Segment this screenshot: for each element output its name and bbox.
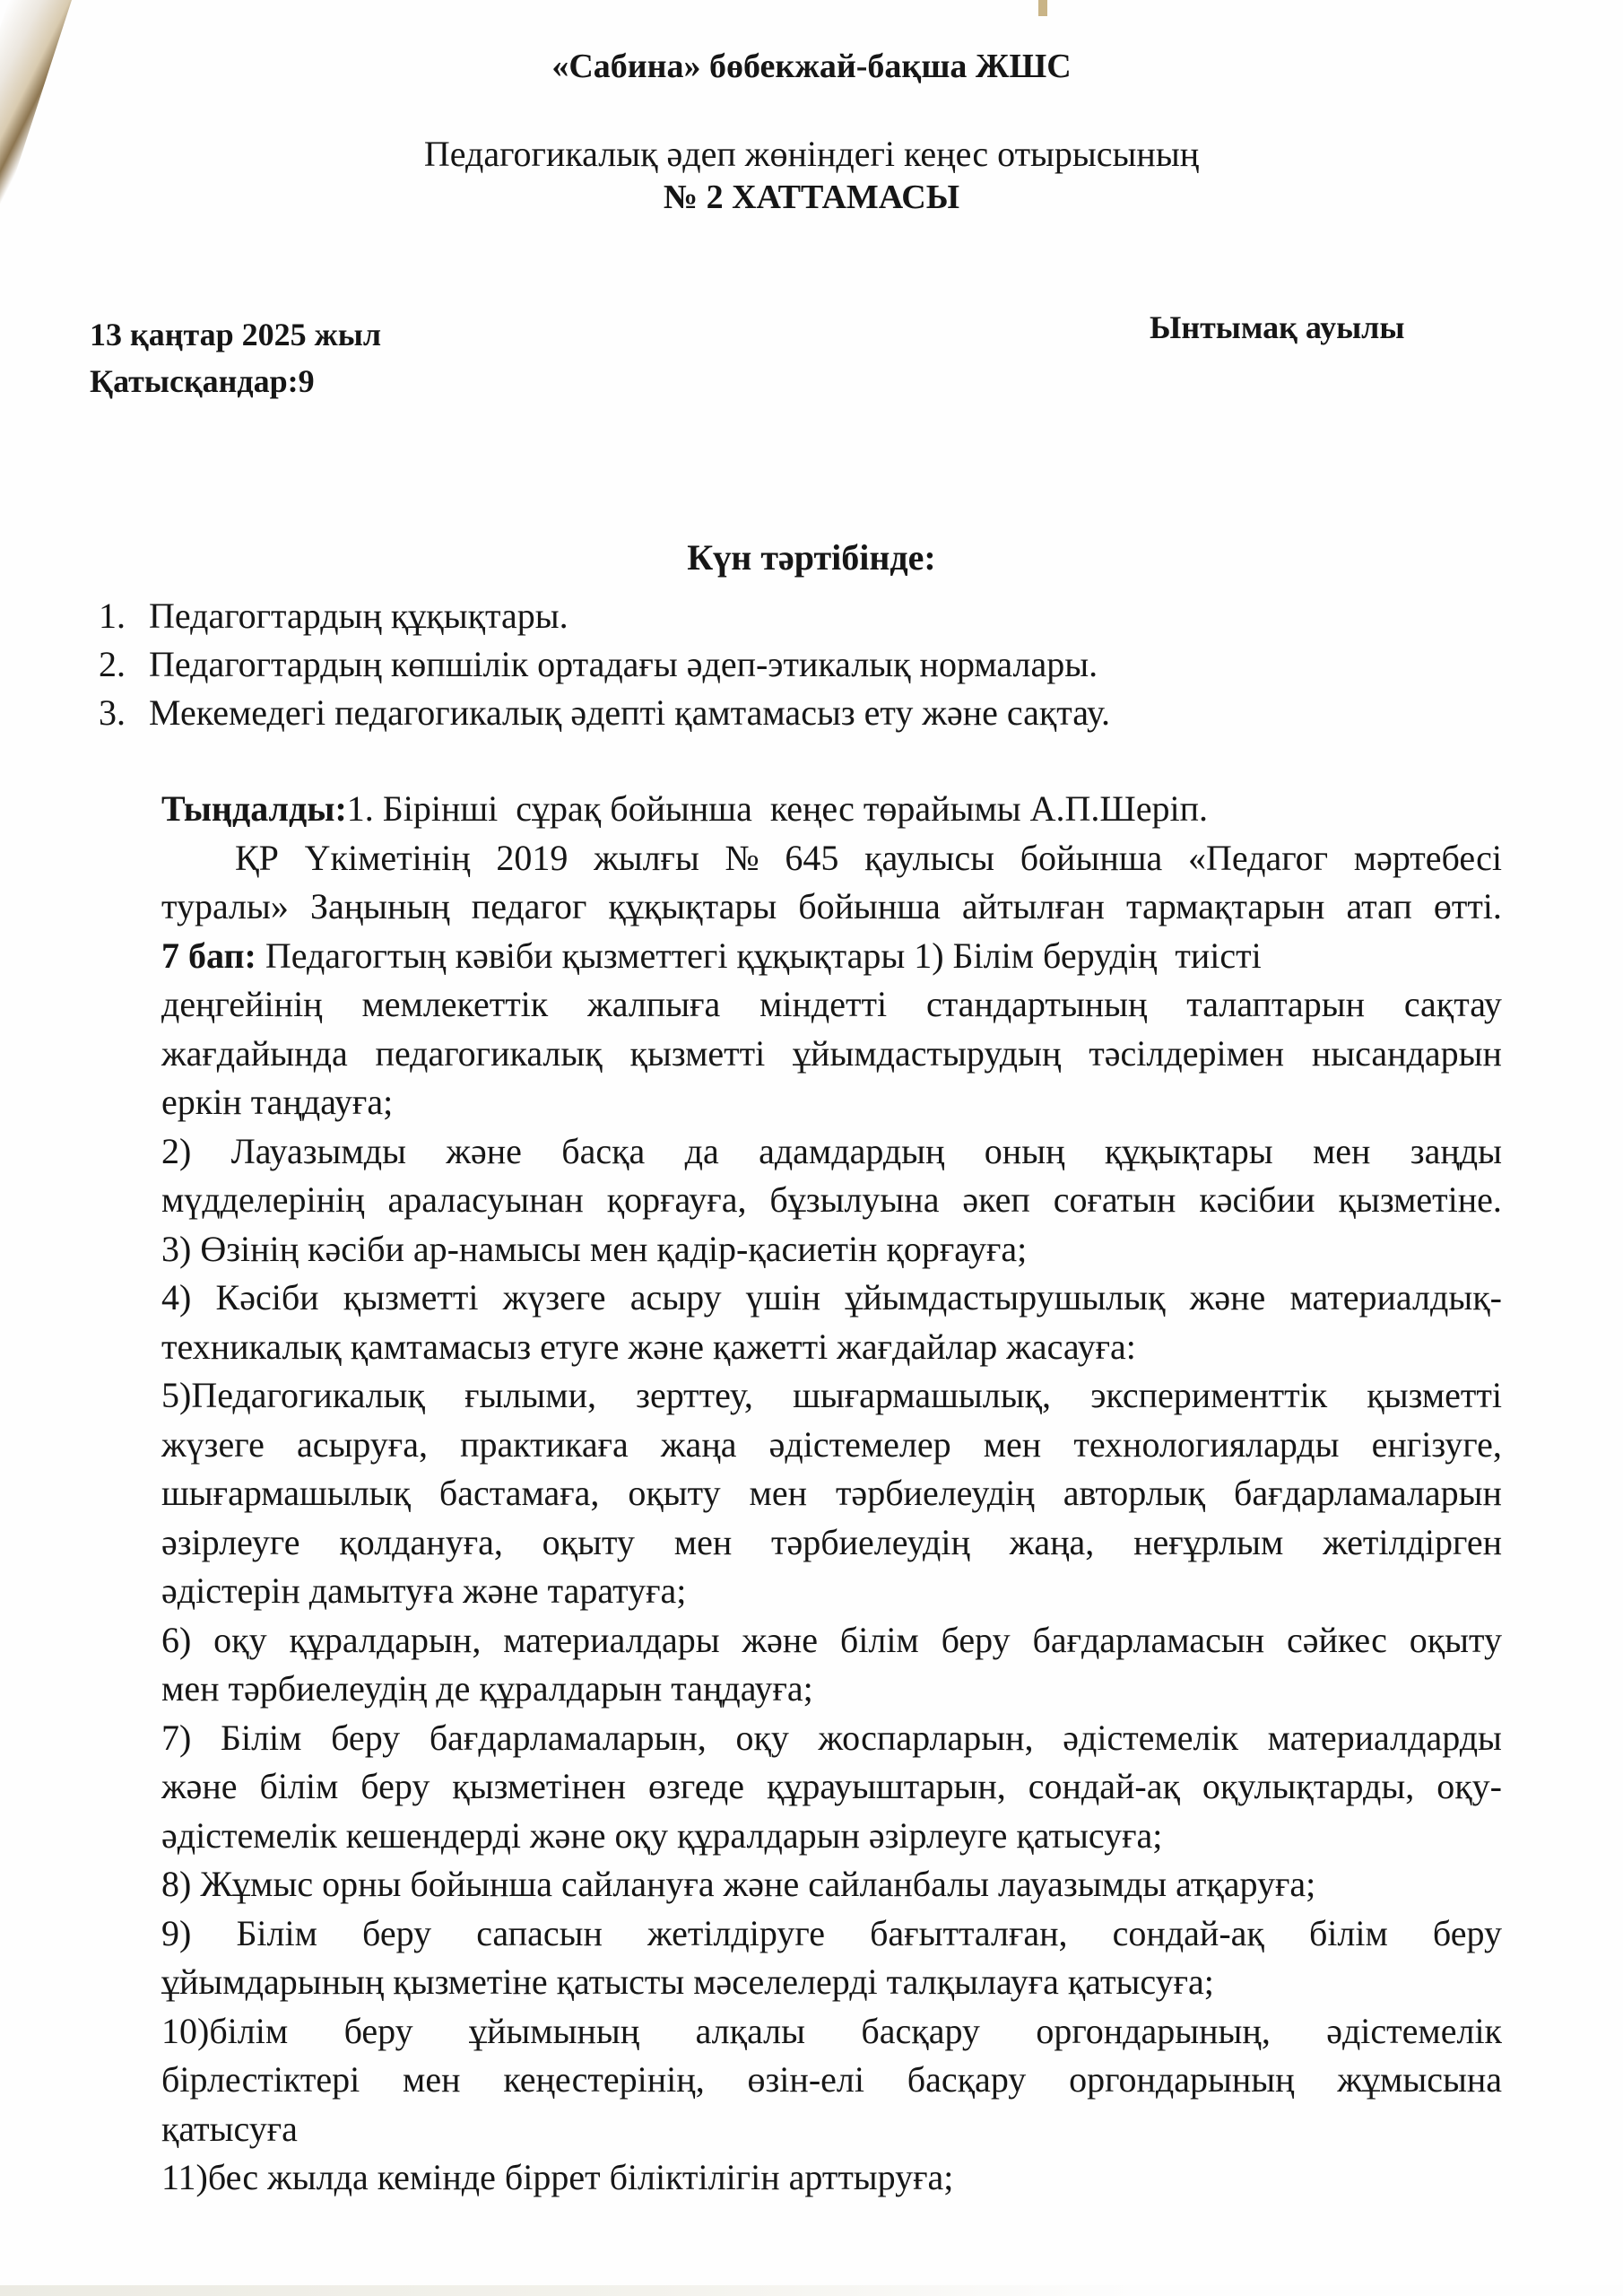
word: туралы» xyxy=(161,883,289,932)
agenda-item-text: Педагогтардың құқықтары. xyxy=(149,596,568,636)
body-line: мен тәрбиелеудің де құралдарын таңдауға; xyxy=(161,1665,1502,1714)
body-line: техникалық қамтамасыз етуге және қажетті… xyxy=(161,1323,1502,1372)
participants-count: Қатысқандар:9 xyxy=(90,362,315,400)
word: сәйкес xyxy=(1287,1616,1387,1665)
word: 2) xyxy=(161,1127,191,1177)
body-line: 11)бес жылда кемінде біррет біліктілігін… xyxy=(161,2153,1502,2203)
organization-name: «Сабина» бөбекжай-бақша ЖШС xyxy=(0,47,1623,86)
word: бастамаға, xyxy=(439,1469,600,1518)
word: құқықтары xyxy=(1105,1127,1273,1177)
word: басқару xyxy=(907,2056,1027,2105)
word: жылғы xyxy=(594,834,699,883)
word: беру xyxy=(362,1909,431,1959)
word: мен xyxy=(984,1421,1041,1470)
word: атап xyxy=(1346,883,1411,932)
body-line: 10)білімберуұйымыныңалқалыбасқаруоргонда… xyxy=(161,2007,1502,2057)
word: бойынша xyxy=(798,883,941,932)
body-line: 8) Жұмыс орны бойынша сайлануға және сай… xyxy=(161,1860,1502,1909)
body-line: әдістемелік кешендерді және оқу құралдар… xyxy=(161,1812,1502,1861)
word: беру xyxy=(360,1762,430,1812)
word: неғұрлым xyxy=(1133,1518,1283,1568)
protocol-number: № 2 ХАТТАМАСЫ xyxy=(0,178,1623,217)
word: беру xyxy=(331,1714,400,1763)
word: асыру xyxy=(630,1274,722,1323)
word: стандартының xyxy=(926,980,1148,1030)
word: мемлекеттік xyxy=(361,980,548,1030)
body-line: бірлестіктеріменкеңестерінің,өзін-елібас… xyxy=(161,2056,1502,2105)
word: бағытталған, xyxy=(870,1909,1067,1959)
body-line: жағдайындапедагогикалыққызметтіұйымдасты… xyxy=(161,1030,1502,1079)
heard-text: 1. Бірінші сұрақ бойынша кеңес төрайымы … xyxy=(347,785,1208,834)
word: ұйымының xyxy=(469,2007,639,2057)
body-line: әзірлеугеқолдануға,оқытументәрбиелеудіңж… xyxy=(161,1518,1502,1568)
word: сондай-ақ xyxy=(1113,1909,1264,1959)
body-line: 2)Лауазымдыжәнебасқадаадамдардыңоныңқұқы… xyxy=(161,1127,1502,1177)
word: ғылыми, xyxy=(464,1371,596,1421)
word: әдістемелік xyxy=(1063,1714,1238,1763)
word: зерттеу, xyxy=(636,1371,753,1421)
agenda-item-number: 2. xyxy=(99,640,149,689)
meeting-date: 13 қаңтар 2025 жыл xyxy=(90,316,381,353)
body-line: 3) Өзінің кәсіби ар-намысы мен қадір-қас… xyxy=(161,1225,1502,1274)
word: алқалы xyxy=(696,2007,805,2057)
word: білім xyxy=(1309,1909,1388,1959)
agenda-list: 1.Педагогтардың құқықтары. 2.Педагогтард… xyxy=(99,592,1110,737)
word: оргондарының xyxy=(1069,2056,1294,2105)
word: педагогикалық xyxy=(376,1030,603,1079)
word: талаптарын xyxy=(1186,980,1365,1030)
body-line: мүдделерініңараласуынанқорғауға,бұзылуын… xyxy=(161,1176,1502,1225)
word: өзгеде xyxy=(648,1762,744,1812)
word: Кәсіби xyxy=(216,1274,319,1323)
word: «Педагог xyxy=(1188,834,1328,883)
word: Білім xyxy=(221,1714,301,1763)
document-title: Педагогикалық әдеп жөніндегі кеңес отыры… xyxy=(0,133,1623,175)
word: ұйымдастырушылық xyxy=(845,1274,1165,1323)
body-line: ұйымдарының қызметіне қатысты мәселелерд… xyxy=(161,1958,1502,2007)
word: авторлық xyxy=(1063,1469,1205,1518)
word: мүдделерінің xyxy=(161,1176,365,1225)
word: араласуынан xyxy=(388,1176,584,1225)
word: материалдары xyxy=(503,1616,719,1665)
body-line: 5)Педагогикалықғылыми,зерттеу,шығармашыл… xyxy=(161,1371,1502,1421)
word: жаңа, xyxy=(1010,1518,1095,1568)
word: әкеп xyxy=(962,1176,1029,1225)
word: мен xyxy=(674,1518,732,1568)
word: қызметті xyxy=(630,1030,766,1079)
word: жүзеге xyxy=(161,1421,265,1470)
word: Білім xyxy=(236,1909,317,1959)
word: шығармашылық xyxy=(161,1469,411,1518)
word: жетілдірген xyxy=(1323,1518,1502,1568)
word: қызметті xyxy=(343,1274,479,1323)
body-line: еркін таңдауға; xyxy=(161,1078,1502,1127)
body-line: туралы»Заңыныңпедагогқұқықтарыбойыншаайт… xyxy=(161,883,1502,932)
word: үшін xyxy=(746,1274,820,1323)
word: технологияларды xyxy=(1073,1421,1339,1470)
word: және xyxy=(1190,1274,1266,1323)
body-line: деңгейініңмемлекеттікжалпығаміндеттістан… xyxy=(161,980,1502,1030)
body-line: 7)Білімберубағдарламаларын,оқужоспарлары… xyxy=(161,1714,1502,1763)
meeting-place: Ынтымақ ауылы xyxy=(1150,309,1404,346)
word: бірлестіктері xyxy=(161,2056,360,2105)
word: адамдардың xyxy=(759,1127,944,1177)
word: қызметінен xyxy=(452,1762,626,1812)
word: соғатын xyxy=(1054,1176,1176,1225)
agenda-item-number: 3. xyxy=(99,689,149,737)
word: әдістемелік xyxy=(1326,2007,1502,2057)
word: 9) xyxy=(161,1909,191,1959)
word: Үкіметінің xyxy=(305,834,471,883)
scan-bottom-edge xyxy=(0,2285,1623,2296)
body-line: әдістерін дамытуға және таратуға; xyxy=(161,1567,1502,1616)
heard-label: Тыңдалды: xyxy=(161,785,347,834)
agenda-item: 3.Мекемедегі педагогикалық әдепті қамтам… xyxy=(99,689,1110,737)
word: материалдық- xyxy=(1290,1274,1502,1323)
word: білім xyxy=(260,1762,339,1812)
chapter-label: 7 бап: xyxy=(161,932,256,981)
document-page: «Сабина» бөбекжай-бақша ЖШС Педагогикалы… xyxy=(0,0,1623,2296)
word: беру xyxy=(344,2007,413,2057)
word: беру xyxy=(942,1616,1011,1665)
word: оқыту xyxy=(542,1518,635,1568)
word: Лауазымды xyxy=(231,1127,406,1177)
word: сақтау xyxy=(1404,980,1502,1030)
word: құралдарын, xyxy=(289,1616,481,1665)
word: мен xyxy=(403,2056,460,2105)
word: оның xyxy=(985,1127,1065,1177)
word: және xyxy=(742,1616,818,1665)
word: 645 xyxy=(785,834,838,883)
word: құрауыштарын, xyxy=(767,1762,1006,1812)
word: оқыту xyxy=(1410,1616,1502,1665)
agenda-item-number: 1. xyxy=(99,592,149,640)
word: жетілдіруге xyxy=(647,1909,825,1959)
word: басқару xyxy=(861,2007,980,2057)
word: мен xyxy=(750,1469,807,1518)
word: бұзылуына xyxy=(769,1176,939,1225)
word: № xyxy=(725,834,759,883)
word: ҚР xyxy=(235,834,279,883)
word: өзін-елі xyxy=(748,2056,864,2105)
word: 2019 xyxy=(496,834,568,883)
word: эксперименттік xyxy=(1090,1371,1327,1421)
word: айтылған xyxy=(962,883,1105,932)
body-line: қатысуға xyxy=(161,2105,1502,2154)
word: 10)білім xyxy=(161,2007,288,2057)
heard-line: Тыңдалды:1. Бірінші сұрақ бойынша кеңес … xyxy=(161,785,1502,834)
word: енгізуге, xyxy=(1372,1421,1502,1470)
word: тәрбиелеудің xyxy=(771,1518,970,1568)
body-line: 6)оқуқұралдарын,материалдарыжәнебілімбер… xyxy=(161,1616,1502,1665)
word: заңды xyxy=(1410,1127,1502,1177)
chapter-line: 7 бап: Педагогтың кәвіби қызметтегі құқы… xyxy=(161,932,1502,981)
word: 5)Педагогикалық xyxy=(161,1371,425,1421)
word: міндетті xyxy=(759,980,887,1030)
word: жағдайында xyxy=(161,1030,348,1079)
word: да xyxy=(685,1127,719,1177)
agenda-item: 2.Педагогтардың көпшілік ортадағы әдеп-э… xyxy=(99,640,1110,689)
word: тәсілдерімен xyxy=(1089,1030,1284,1079)
word: қаулысы xyxy=(864,834,994,883)
word: оқу xyxy=(213,1616,266,1665)
word: Заңының xyxy=(310,883,450,932)
word: шығармашылық, xyxy=(793,1371,1051,1421)
word: 7) xyxy=(161,1714,191,1763)
word: оргондарының, xyxy=(1036,2007,1270,2057)
word: және xyxy=(161,1762,238,1812)
word: 4) xyxy=(161,1274,191,1323)
word: оқу- xyxy=(1436,1762,1502,1812)
word: тармақтарын xyxy=(1126,883,1324,932)
body-line: шығармашылықбастамаға,оқытументәрбиелеуд… xyxy=(161,1469,1502,1518)
agenda-item-text: Мекемедегі педагогикалық әдепті қамтамас… xyxy=(149,692,1110,733)
word: құқықтары xyxy=(608,883,777,932)
word: сапасын xyxy=(476,1909,603,1959)
scan-clip-mark xyxy=(1038,0,1047,16)
word: жұмысына xyxy=(1337,2056,1502,2105)
word: оқулықтарды, xyxy=(1202,1762,1414,1812)
word: педагог xyxy=(472,883,587,932)
word: жаңа xyxy=(661,1421,737,1470)
word: кеңестерінің, xyxy=(503,2056,704,2105)
word: ұйымдастырудың xyxy=(793,1030,1061,1079)
word: бағдарламаларын xyxy=(1234,1469,1502,1518)
word: әзірлеуге xyxy=(161,1518,300,1568)
word: практикаға xyxy=(460,1421,629,1470)
word: оқу xyxy=(735,1714,788,1763)
body-line: 9)Білімберусапасынжетілдіругебағытталған… xyxy=(161,1909,1502,1959)
agenda-title: Күн тәртібінде: xyxy=(0,536,1623,578)
word: жалпыға xyxy=(587,980,720,1030)
agenda-item-text: Педагогтардың көпшілік ортадағы әдеп-эти… xyxy=(149,644,1098,684)
word: қорғауға, xyxy=(607,1176,747,1225)
body-line: жәнебілімберуқызметіненөзгедеқұрауыштары… xyxy=(161,1762,1502,1812)
word: асыруға, xyxy=(297,1421,428,1470)
word: беру xyxy=(1433,1909,1502,1959)
word: жоспарларын, xyxy=(819,1714,1034,1763)
word: кәсібии xyxy=(1199,1176,1315,1225)
word: деңгейінің xyxy=(161,980,323,1030)
word: мәртебесі xyxy=(1354,834,1502,883)
word: бойынша xyxy=(1020,834,1163,883)
word: бағдарламаларын, xyxy=(430,1714,707,1763)
body-line: жүзегеасыруға,практикағажаңаәдістемелерм… xyxy=(161,1421,1502,1470)
word: материалдарды xyxy=(1268,1714,1502,1763)
body-line: 4)Кәсібиқызметтіжүзегеасыруүшінұйымдасты… xyxy=(161,1274,1502,1323)
word: тәрбиелеудің xyxy=(836,1469,1035,1518)
word: оқыту xyxy=(628,1469,720,1518)
chapter-text: Педагогтың кәвіби қызметтегі құқықтары 1… xyxy=(265,932,1262,981)
agenda-item: 1.Педагогтардың құқықтары. xyxy=(99,592,1110,640)
word: мен xyxy=(1313,1127,1370,1177)
word: қызметті xyxy=(1367,1371,1502,1421)
word: бағдарламасын xyxy=(1033,1616,1265,1665)
word: қызметіне. xyxy=(1339,1176,1502,1225)
body-line: ҚРҮкіметінің2019жылғы№645қаулысыбойынша«… xyxy=(161,834,1502,883)
word: қолдануға, xyxy=(339,1518,503,1568)
word: өтті. xyxy=(1434,883,1502,932)
word: жүзеге xyxy=(503,1274,606,1323)
word: әдістемелер xyxy=(769,1421,951,1470)
word: 6) xyxy=(161,1616,191,1665)
word: сондай-ақ xyxy=(1028,1762,1180,1812)
word: нысандарын xyxy=(1312,1030,1502,1079)
word: басқа xyxy=(561,1127,645,1177)
protocol-body: Тыңдалды:1. Бірінші сұрақ бойынша кеңес … xyxy=(161,785,1502,2203)
word: және xyxy=(446,1127,522,1177)
word: білім xyxy=(840,1616,919,1665)
